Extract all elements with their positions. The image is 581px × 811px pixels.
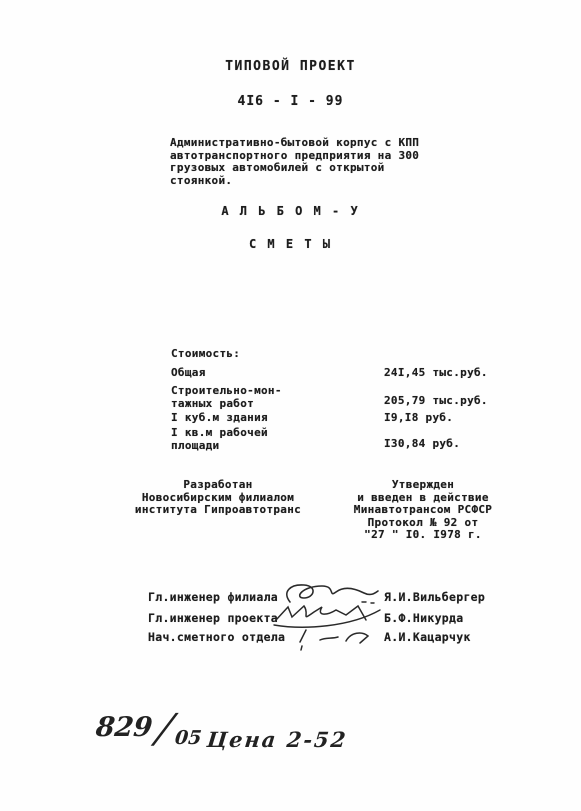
developed-by-block: Разработан Новосибирским филиалом инстит…	[118, 479, 318, 517]
cost-row-value: I30,84 руб.	[384, 438, 460, 451]
handwritten-price: Цена 2-52	[206, 727, 349, 752]
signature-scribble-3	[288, 626, 384, 652]
signature-name: Я.И.Вильбергер	[384, 591, 485, 604]
approved-by-block: Утвержден и введен в действие Минавтотра…	[330, 479, 516, 542]
album-title: А Л Ь Б О М - У	[0, 205, 581, 218]
cost-row-label: Строительно-мон- тажных работ	[171, 385, 331, 410]
document-type-title: ТИПОВОЙ ПРОЕКТ	[0, 61, 581, 74]
project-description: Административно-бытовой корпус с КПП авт…	[170, 137, 430, 187]
handwritten-code-denominator: 05	[174, 727, 203, 749]
album-subtitle: С М Е Т Ы	[0, 238, 581, 251]
signature-role: Нач.сметного отдела	[148, 631, 285, 644]
cost-row-label: Общая	[171, 367, 331, 380]
cost-row-label: I кв.м рабочей площади	[171, 427, 331, 452]
signature-name: А.И.Кацарчук	[384, 631, 471, 644]
signature-role: Гл.инженер проекта	[148, 612, 278, 625]
cost-row-value: 24I,45 тыс.руб.	[384, 367, 488, 380]
signature-name: Б.Ф.Никурда	[384, 612, 463, 625]
project-number: 4I6 - I - 99	[0, 96, 581, 109]
cost-row-value: I9,I8 руб.	[384, 412, 453, 425]
handwritten-code-numerator: 829	[94, 712, 154, 743]
cost-row-value: 205,79 тыс.руб.	[384, 395, 488, 408]
cost-section-heading: Стоимость:	[171, 348, 240, 361]
signature-role: Гл.инженер филиала	[148, 591, 278, 604]
scanned-document-page: ТИПОВОЙ ПРОЕКТ 4I6 - I - 99 Администрати…	[0, 0, 581, 811]
cost-row-label: I куб.м здания	[171, 412, 331, 425]
